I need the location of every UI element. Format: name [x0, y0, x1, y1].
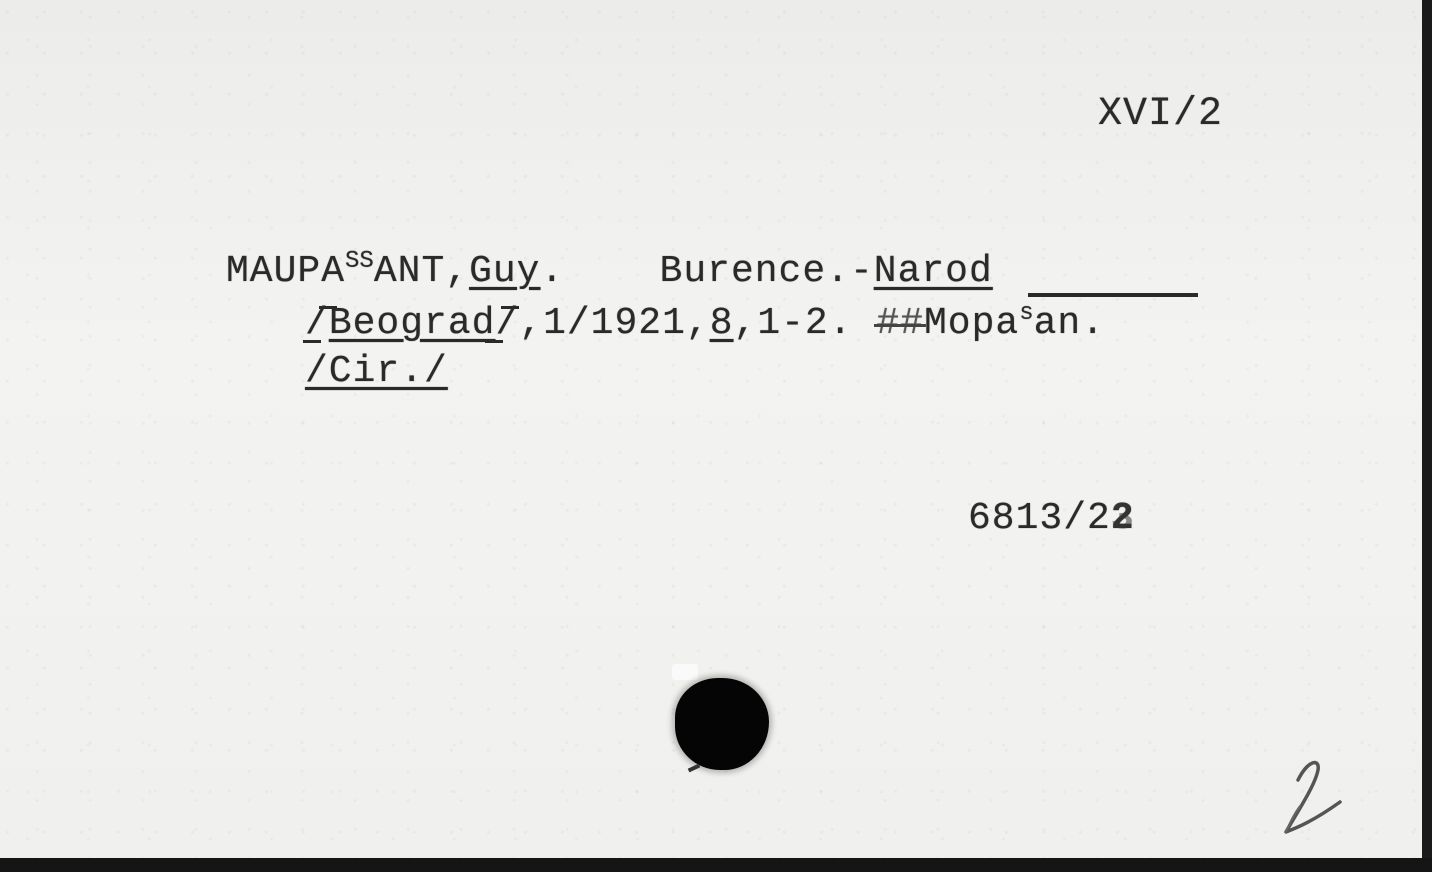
- card-edge-bottom: [0, 858, 1432, 872]
- script-note: /Cir./: [305, 350, 448, 393]
- imprint-line: /Beograd/,1/1921,8,1-2. ##Mopasan.: [305, 300, 1105, 345]
- punch-hole-icon: [675, 678, 769, 770]
- bracket-close: /: [495, 302, 519, 345]
- author-terminator: .: [541, 250, 565, 293]
- author-surname-prefix: MAUPA: [226, 250, 345, 293]
- imprint-pages: ,1-2.: [734, 302, 853, 345]
- catalog-card: XVI/2 MAUPASSANT,Guy. Burence.-Narod /Be…: [0, 0, 1422, 858]
- title: Burence.-: [660, 250, 874, 293]
- author-title-line: MAUPASSANT,Guy. Burence.-Narod: [226, 248, 993, 293]
- punch-hole-tear: [672, 664, 698, 680]
- punch-hole-tail: [688, 764, 701, 773]
- struck-text: ##: [876, 302, 924, 345]
- script-note-line: /Cir./: [305, 350, 448, 393]
- call-number: XVI/2: [1098, 92, 1223, 137]
- title-underlined: Narod: [874, 250, 993, 293]
- author-surname-superscript: SS: [345, 248, 374, 275]
- accession-number-line: 6813/22: [968, 497, 1135, 540]
- transliteration-superscript: s: [1019, 300, 1033, 327]
- accession-overtyped-char: 2: [1111, 497, 1135, 540]
- handwritten-numeral-icon: [1278, 752, 1358, 842]
- imprint-volume-date: ,1/1921,: [519, 302, 709, 345]
- card-edge-right: [1422, 0, 1432, 872]
- accession-number: 6813/2: [968, 497, 1111, 540]
- transliteration-prefix: Mopa: [924, 302, 1019, 345]
- author-given-name: Guy: [469, 250, 540, 293]
- author-surname-suffix: ANT: [374, 250, 445, 293]
- imprint-issue: 8: [710, 302, 734, 345]
- author-separator: ,: [445, 250, 469, 293]
- bracket-open: /: [305, 302, 329, 345]
- transliteration-suffix: an.: [1034, 302, 1105, 345]
- underline-rule: [1028, 293, 1198, 297]
- imprint-place: Beograd: [329, 302, 496, 345]
